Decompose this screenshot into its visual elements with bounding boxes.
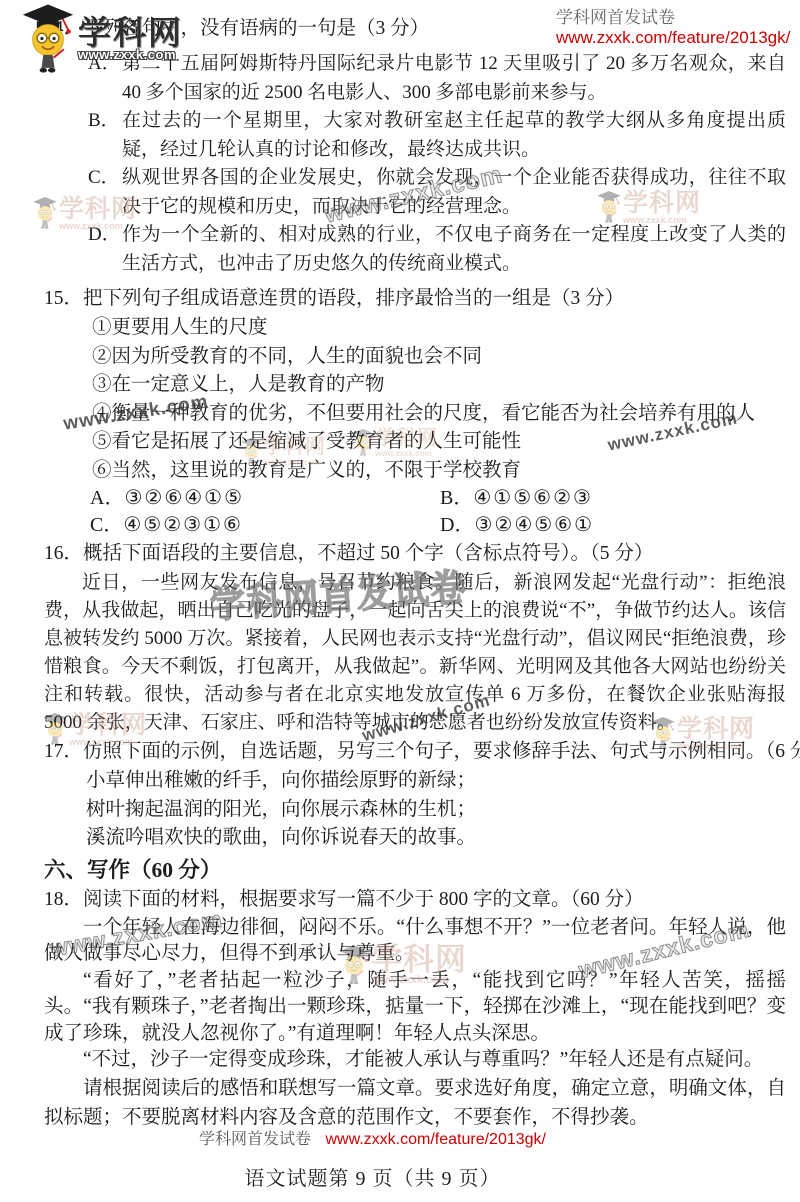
- q15-heading: 15．把下列句子组成语意连贯的语段，排序最恰当的一组是（3 分）: [44, 284, 786, 314]
- q14-option-d: D． 作为一个全新的、相对成熟的行业，不仅电子商务在一定程度上改变了人类的生活方…: [88, 221, 786, 278]
- q14-option-c-text: 纵观世界各国的企业发展史，你就会发现，一个企业能否获得成功，往往不取决于它的规模…: [122, 164, 786, 221]
- q15-option-d-seq: ③②④⑤⑥①: [474, 514, 594, 536]
- q14-option-c-label: C．: [88, 164, 122, 221]
- zxxk-logo-url: www.zxxk.com: [78, 48, 183, 61]
- q17-examples: 小草伸出稚嫩的纤手，向你描绘原野的新绿； 树叶掬起温润的阳光，向你展示森林的生机…: [44, 767, 786, 853]
- exam-page: 学科网 www.zxxk.com 学科网首发试卷 www.zxxk.com/fe…: [0, 0, 800, 1202]
- zxxk-logo-text: 学科网: [78, 16, 183, 50]
- q15-option-c-seq: ④⑤②③①⑥: [123, 514, 243, 536]
- q15-options: A．③②⑥④①⑤ B．④①⑤⑥②③ C．④⑤②③①⑥ D．③②④⑤⑥①: [90, 485, 786, 539]
- q15-option-c: C．④⑤②③①⑥: [90, 512, 440, 539]
- q18-paragraph-3: “不过，沙子一定得变成珍珠，才能被人承认与尊重吗？”年轻人还是有点疑问。: [44, 1047, 786, 1074]
- q14-option-b: B． 在过去的一个星期里，大家对教研室赵主任起草的教学大纲从多角度提出质疑，经过…: [88, 107, 786, 164]
- q14-option-a: A． 第二十五届阿姆斯特丹国际纪录片电影节 12 天里吸引了 20 多万名观众，…: [88, 50, 786, 107]
- q18-requirement: 请根据阅读后的感悟和联想写一篇文章。要求选好角度，确定立意，明确文体，自拟标题；…: [44, 1074, 786, 1132]
- zxxk-logo-textblock: 学科网 www.zxxk.com: [78, 16, 183, 61]
- q14-option-d-text: 作为一个全新的、相对成熟的行业，不仅电子商务在一定程度上改变了人类的生活方式，也…: [122, 221, 786, 278]
- q15-item-5: ⑤看它是拓展了还是缩减了受教育者的人生可能性: [92, 428, 786, 457]
- q16-paragraph: 近日，一些网友发布信息，号召节约粮食。随后，新浪网发起“光盘行动”：拒绝浪费，从…: [44, 569, 786, 737]
- q15-option-a-label: A．: [90, 487, 124, 509]
- q14-option-b-text: 在过去的一个星期里，大家对教研室赵主任起草的教学大纲从多角度提出质疑，经过几轮认…: [122, 107, 786, 164]
- q17-example-2: 树叶掬起温润的阳光，向你展示森林的生机；: [86, 796, 786, 825]
- q15-item-2: ②因为所受教育的不同，人生的面貌也会不同: [92, 343, 786, 372]
- zxxk-logo: 学科网 www.zxxk.com: [20, 2, 183, 76]
- q17-example-3: 溪流吟唱欢快的歌曲，向你诉说春天的故事。: [86, 824, 786, 853]
- q14-option-c: C． 纵观世界各国的企业发展史，你就会发现，一个企业能否获得成功，往往不取决于它…: [88, 164, 786, 221]
- q16-heading: 16．概括下面语段的主要信息，不超过 50 个字（含标点符号）。（5 分）: [44, 539, 786, 569]
- section-six-title: 六、写作（60 分）: [44, 855, 786, 885]
- q15-item-3: ③在一定意义上，人是教育的产物: [92, 371, 786, 400]
- q15-item-1: ①更要用人生的尺度: [92, 314, 786, 343]
- q14-option-d-label: D．: [88, 221, 122, 278]
- header-slogan: 学科网首发试卷: [556, 8, 790, 28]
- header-promo-link[interactable]: www.zxxk.com/feature/2013gk/: [556, 28, 790, 48]
- q15-option-b: B．④①⑤⑥②③: [440, 485, 786, 512]
- q18-paragraph-1: 一个年轻人在海边徘徊，闷闷不乐。“什么事想不开？”一位老者问。年轻人说，他做人做…: [44, 915, 786, 968]
- q15-option-c-label: C．: [90, 514, 123, 536]
- q14-option-b-label: B．: [88, 107, 122, 164]
- footer-promo-link[interactable]: www.zxxk.com/feature/2013gk/: [325, 1131, 546, 1148]
- header-promo: 学科网首发试卷 www.zxxk.com/feature/2013gk/: [556, 8, 790, 48]
- q17-heading: 17．仿照下面的示例，自选话题，另写三个句子，要求修辞手法、句式与示例相同。（6…: [44, 737, 786, 767]
- q15-option-b-label: B．: [440, 487, 473, 509]
- q15-option-b-seq: ④①⑤⑥②③: [473, 487, 593, 509]
- q17-example-1: 小草伸出稚嫩的纤手，向你描绘原野的新绿；: [86, 767, 786, 796]
- q15-item-6: ⑥当然，这里说的教育是广义的，不限于学校教育: [92, 457, 786, 486]
- q18-heading: 18．阅读下面的材料，根据要求写一篇不少于 800 字的文章。（60 分）: [44, 885, 786, 915]
- page-number: 语文试题第 9 页（共 9 页）: [0, 1162, 745, 1191]
- q15-option-d-label: D．: [440, 514, 474, 536]
- q15-option-a: A．③②⑥④①⑤: [90, 485, 440, 512]
- q15-items: ①更要用人生的尺度 ②因为所受教育的不同，人生的面貌也会不同 ③在一定意义上，人…: [44, 314, 786, 485]
- q15-option-d: D．③②④⑤⑥①: [440, 512, 786, 539]
- q15-option-a-seq: ③②⑥④①⑤: [124, 487, 244, 509]
- exam-content: 14．下列各句中，没有语病的一句是（3 分） A． 第二十五届阿姆斯特丹国际纪录…: [0, 0, 800, 1132]
- q14-option-a-text: 第二十五届阿姆斯特丹国际纪录片电影节 12 天里吸引了 20 多万名观众，来自 …: [122, 50, 786, 107]
- q18-paragraph-2: “看好了，”老者拈起一粒沙子，随手一丢，“能找到它吗？”年轻人苦笑，摇摇头。“我…: [44, 968, 786, 1048]
- page-footer: 学科网首发试卷 www.zxxk.com/feature/2013gk/ 语文试…: [0, 1130, 745, 1191]
- footer-promo: 学科网首发试卷 www.zxxk.com/feature/2013gk/: [0, 1130, 745, 1149]
- zxxk-mascot-icon: [20, 2, 76, 76]
- q15-item-4: ④衡量一种教育的优劣，不但要用社会的尺度，看它能否为社会培养有用的人: [92, 400, 786, 429]
- q14-options: A． 第二十五届阿姆斯特丹国际纪录片电影节 12 天里吸引了 20 多万名观众，…: [44, 50, 786, 278]
- footer-slogan: 学科网首发试卷: [199, 1131, 311, 1148]
